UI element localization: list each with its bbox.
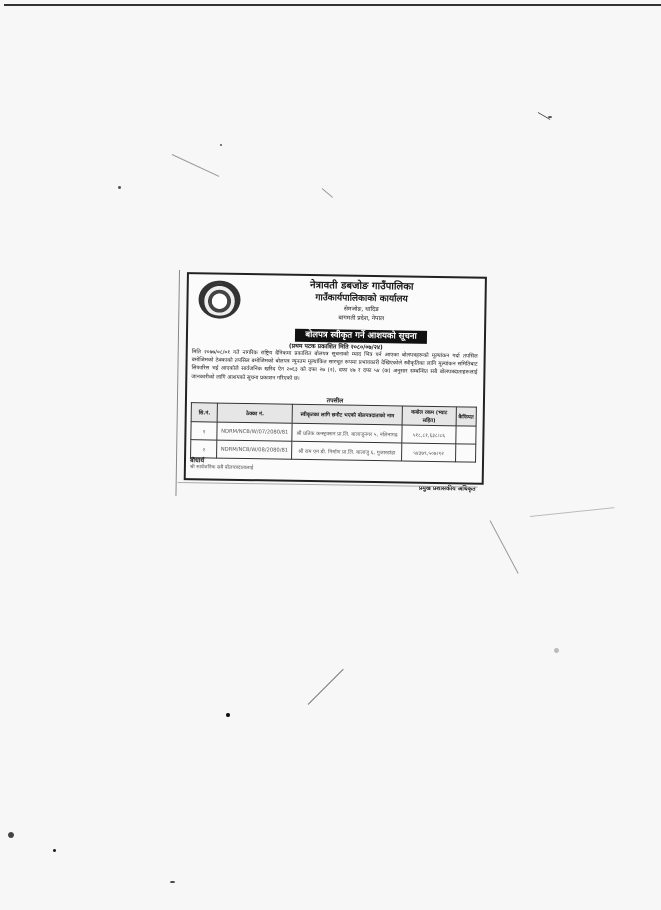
scan-scratch bbox=[490, 520, 519, 573]
cell-bidder: श्री राम एन डी. निर्माण प्रा.लि. बालाजु … bbox=[292, 441, 402, 461]
cell-sn: १ bbox=[191, 422, 218, 440]
scan-scratch bbox=[322, 188, 333, 198]
table-row: २ NDRM/NCB/W/08/2080/81 श्री राम एन डी. … bbox=[191, 440, 476, 462]
header-sn: सि.नं. bbox=[191, 403, 218, 422]
newspaper-clipping: नेत्रावती डबजोङ गाउँपालिका गाउँकार्यपालि… bbox=[177, 270, 487, 503]
scan-top-edge bbox=[4, 4, 661, 6]
cc-text: श्री सार्वजनिक सबै बोलपत्रदातालाई bbox=[190, 464, 253, 471]
cell-bidder: श्री प्रतिक कन्स्ट्रक्सन प्रा.लि. बालाजु… bbox=[292, 423, 402, 443]
scan-speck bbox=[53, 849, 56, 852]
scan-speck bbox=[118, 186, 121, 189]
scan-scratch bbox=[530, 507, 615, 517]
scan-speck bbox=[554, 648, 559, 653]
scan-speck bbox=[220, 144, 222, 146]
header-contract-no: ठेक्का नं. bbox=[217, 403, 292, 423]
scan-speck bbox=[8, 832, 14, 838]
bids-table: सि.नं. ठेक्का नं. स्वीकृतका लागि छनौट भए… bbox=[190, 402, 477, 462]
scan-scratch bbox=[308, 669, 344, 705]
cell-contract-no: NDRM/NCB/W/08/2080/81 bbox=[217, 440, 292, 459]
cc-label: बोधार्थ bbox=[190, 456, 204, 464]
nepal-emblem-icon bbox=[198, 280, 241, 319]
scan-scratch bbox=[172, 154, 220, 177]
notice-header: नेत्रावती डबजोङ गाउँपालिका गाउँकार्यपालि… bbox=[248, 279, 475, 345]
scan-speck bbox=[226, 713, 230, 717]
cell-contract-no: NDRM/NCB/W/07/2080/81 bbox=[217, 422, 292, 441]
cell-amount: ५१८,८१,६३८।८६ bbox=[402, 425, 456, 444]
header-bidder: स्वीकृतका लागि छनौट भएको बोलपत्रदाताको न… bbox=[292, 404, 402, 425]
header-amount: कबोल रकम (भ्याट सहित) bbox=[402, 406, 456, 426]
scan-speck bbox=[170, 881, 175, 883]
cell-remarks bbox=[455, 444, 476, 462]
notice-frame: नेत्रावती डबजोङ गाउँपालिका गाउँकार्यपालि… bbox=[184, 272, 487, 485]
cell-amount: ५४३७९,५०७।९२ bbox=[402, 443, 456, 462]
notice-body: मिति २०७७/०८/०१ गते नागरिक राष्ट्रिय दैन… bbox=[191, 348, 477, 385]
header-remarks: कैफियत bbox=[456, 407, 477, 426]
cell-remarks bbox=[456, 426, 477, 444]
